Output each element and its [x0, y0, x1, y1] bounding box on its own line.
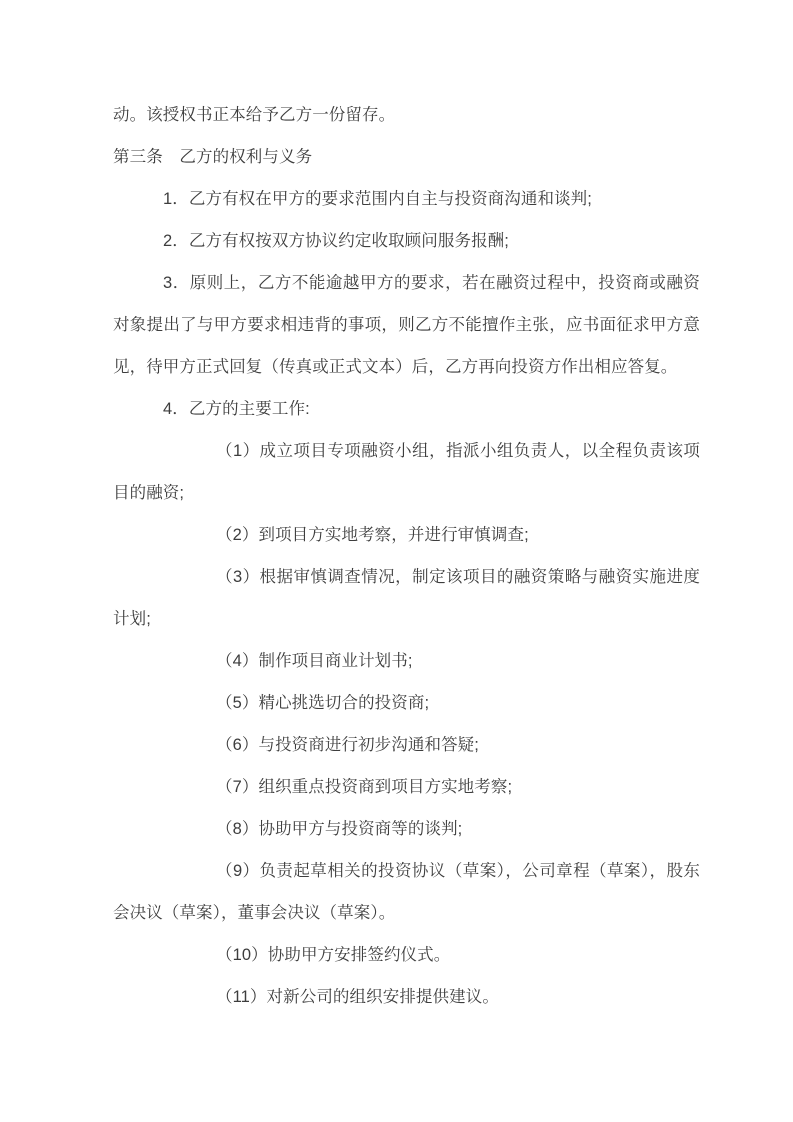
paragraph: （10）协助甲方安排签约仪式。 — [113, 934, 700, 976]
paragraph: （5）精心挑选切合的投资商; — [113, 682, 700, 724]
paragraph: （11）对新公司的组织安排提供建议。 — [113, 976, 700, 1018]
paragraph: （2）到项目方实地考察，并进行审慎调查; — [113, 514, 700, 556]
paragraph: （1）成立项目专项融资小组，指派小组负责人，以全程负责该项目的融资; — [113, 430, 700, 514]
paragraph: （6）与投资商进行初步沟通和答疑; — [113, 724, 700, 766]
paragraph: 2．乙方有权按双方协议约定收取顾问服务报酬; — [113, 220, 700, 262]
document-page: 动。该授权书正本给予乙方一份留存。第三条 乙方的权利与义务1．乙方有权在甲方的要… — [0, 0, 793, 1122]
document-body: 动。该授权书正本给予乙方一份留存。第三条 乙方的权利与义务1．乙方有权在甲方的要… — [113, 94, 700, 1018]
paragraph: （8）协助甲方与投资商等的谈判; — [113, 808, 700, 850]
paragraph: 3．原则上，乙方不能逾越甲方的要求，若在融资过程中，投资商或融资对象提出了与甲方… — [113, 262, 700, 388]
paragraph: （4）制作项目商业计划书; — [113, 640, 700, 682]
paragraph: （7）组织重点投资商到项目方实地考察; — [113, 766, 700, 808]
paragraph: （3）根据审慎调查情况，制定该项目的融资策略与融资实施进度计划; — [113, 556, 700, 640]
paragraph: 第三条 乙方的权利与义务 — [113, 136, 700, 178]
paragraph: 1．乙方有权在甲方的要求范围内自主与投资商沟通和谈判; — [113, 178, 700, 220]
paragraph: 动。该授权书正本给予乙方一份留存。 — [113, 94, 700, 136]
paragraph: （9）负责起草相关的投资协议（草案），公司章程（草案），股东会决议（草案），董事… — [113, 850, 700, 934]
paragraph: 4．乙方的主要工作: — [113, 388, 700, 430]
